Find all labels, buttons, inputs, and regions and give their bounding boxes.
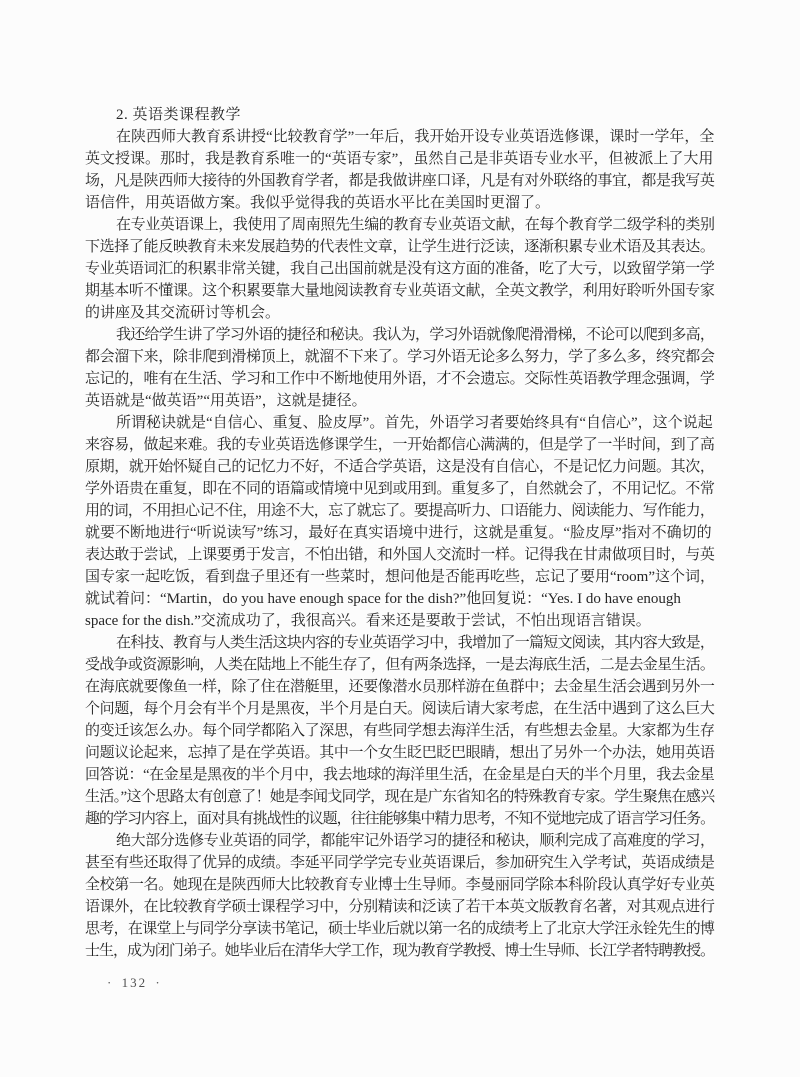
paragraph-4-line: 就试着问：“Martin，do you have enough space fo… (85, 588, 715, 610)
paragraph-3-line: 英语就是“做英语”“用英语”，这就是捷径。 (85, 390, 715, 412)
paragraph-5-line: 在海底就要像鱼一样，除了住在潜艇里，还要像潜水员那样游在鱼群中；去金星生活会遇到… (85, 676, 715, 698)
section-heading: 2. 英语类课程教学 (85, 104, 715, 126)
paragraph-5-line: 个问题，每个月会有半个月是黑夜，半个月是白天。阅读后请大家考虑，在生活中遇到了这… (85, 698, 715, 720)
paragraph-2-line: 的讲座及其交流研讨等机会。 (85, 302, 715, 324)
paragraph-2-line: 期基本听不懂课。这个积累要靠大量地阅读教育专业英语文献，全英文教学，利用好聆听外… (85, 280, 715, 302)
paragraph-4-line: 所谓秘诀就是“自信心、重复、脸皮厚”。首先，外语学习者要始终具有“自信心”，这个… (85, 412, 715, 434)
paragraph-4-line: 就要不断地进行“听说读写”练习，最好在真实语境中进行，这就是重复。“脸皮厚”指对… (85, 522, 715, 544)
book-page: 2. 英语类课程教学在陕西师大教育系讲授“比较教育学”一年后，我开始开设专业英语… (0, 0, 800, 1077)
paragraph-2-line: 专业英语词汇的积累非常关键，我自己出国前就是没有这方面的准备，吃了大亏，以致留学… (85, 258, 715, 280)
paragraph-6-line: 甚至有些还取得了优异的成绩。李延平同学学完专业英语课后，参加研究生入学考试，英语… (85, 852, 715, 874)
paragraph-6-line: 全校第一名。她现在是陕西师大比较教育专业博士生导师。李曼丽同学除本科阶段认真学好… (85, 874, 715, 896)
paragraph-6-line: 士生，成为闭门弟子。她毕业后在清华大学工作，现为教育学教授、博士生导师、长江学者… (85, 940, 715, 962)
paragraph-4-line: 来容易，做起来难。我的专业英语选修课学生，一开始都信心满满的，但是学了一半时间，… (85, 434, 715, 456)
paragraph-4-line: space for the dish.”交流成功了，我很高兴。看来还是要敢于尝试… (85, 610, 715, 632)
paragraph-5-line: 回答说：“在金星是黑夜的半个月中，我去地球的海洋里生活，在金星是白天的半个月里，… (85, 764, 715, 786)
paragraph-1-line: 语信件，用英语做方案。我似乎觉得我的英语水平比在美国时更溜了。 (85, 192, 715, 214)
text-column: 2. 英语类课程教学在陕西师大教育系讲授“比较教育学”一年后，我开始开设专业英语… (85, 104, 715, 962)
paragraph-1-line: 英文授课。那时，我是教育系唯一的“英语专家”，虽然自己是非英语专业水平，但被派上… (85, 148, 715, 170)
paragraph-1-line: 在陕西师大教育系讲授“比较教育学”一年后，我开始开设专业英语选修课，课时一学年，… (85, 126, 715, 148)
paragraph-4-line: 原期，就开始怀疑自己的记忆力不好，不适合学英语，这是没有自信心，不是记忆力问题。… (85, 456, 715, 478)
paragraph-2-line: 下选择了能反映教育未来发展趋势的代表性文章，让学生进行泛读，逐渐积累专业术语及其… (85, 236, 715, 258)
paragraph-2-line: 在专业英语课上，我使用了周南照先生编的教育专业英语文献，在每个教育学二级学科的类… (85, 214, 715, 236)
paragraph-5-line: 的变迁该怎么办。每个同学都陷入了深思，有些同学想去海洋生活，有些想去金星。大家都… (85, 720, 715, 742)
paragraph-6-line: 思考，在课堂上与同学分享读书笔记，硕士毕业后就以第一名的成绩考上了北京大学汪永铨… (85, 918, 715, 940)
page-number: · 132 · (107, 975, 162, 991)
paragraph-5-line: 生活。”这个思路太有创意了！她是李闻戈同学，现在是广东省知名的特殊教育专家。学生… (85, 786, 715, 808)
paragraph-4-line: 国专家一起吃饭，看到盘子里还有一些菜时，想问他是否能再吃些，忘记了要用“room… (85, 566, 715, 588)
paragraph-4-line: 用的词，不用担心记不住，用途不大，忘了就忘了。要提高听力、口语能力、阅读能力、写… (85, 500, 715, 522)
paragraph-5-line: 受战争或资源影响，人类在陆地上不能生存了，但有两条选择，一是去海底生活，二是去金… (85, 654, 715, 676)
paragraph-1-line: 场，凡是陕西师大接待的外国教育学者，都是我做讲座口译，凡是有对外联络的事宜，都是… (85, 170, 715, 192)
paragraph-3-line: 我还给学生讲了学习外语的捷径和秘诀。我认为，学习外语就像爬滑滑梯，不论可以爬到多… (85, 324, 715, 346)
paragraph-5-line: 问题议论起来，忘掉了是在学英语。其中一个女生眨巴眨巴眼睛，想出了另外一个办法，她… (85, 742, 715, 764)
paragraph-5-line: 在科技、教育与人类生活这块内容的专业英语学习中，我增加了一篇短文阅读，其内容大致… (85, 632, 715, 654)
paragraph-4-line: 学外语贵在重复，即在不同的语篇或情境中见到或用到。重复多了，自然就会了，不用记忆… (85, 478, 715, 500)
paragraph-5-line: 趣的学习内容上，面对具有挑战性的议题，往往能够集中精力思考，不知不觉地完成了语言… (85, 808, 715, 830)
paragraph-4-line: 表达敢于尝试，上课要勇于发言，不怕出错，和外国人交流时一样。记得我在甘肃做项目时… (85, 544, 715, 566)
paragraph-3-line: 忘记的，唯有在生活、学习和工作中不断地使用外语，才不会遗忘。交际性英语教学理念强… (85, 368, 715, 390)
paragraph-6-line: 语课外，在比较教育学硕士课程学习中，分别精读和泛读了若干本英文版教育名著，对其观… (85, 896, 715, 918)
paragraph-6-line: 绝大部分选修专业英语的同学，都能牢记外语学习的捷径和秘诀，顺利完成了高难度的学习… (85, 830, 715, 852)
paragraph-3-line: 都会溜下来，除非爬到滑梯顶上，就溜不下来了。学习外语无论多么努力，学了多么多，终… (85, 346, 715, 368)
